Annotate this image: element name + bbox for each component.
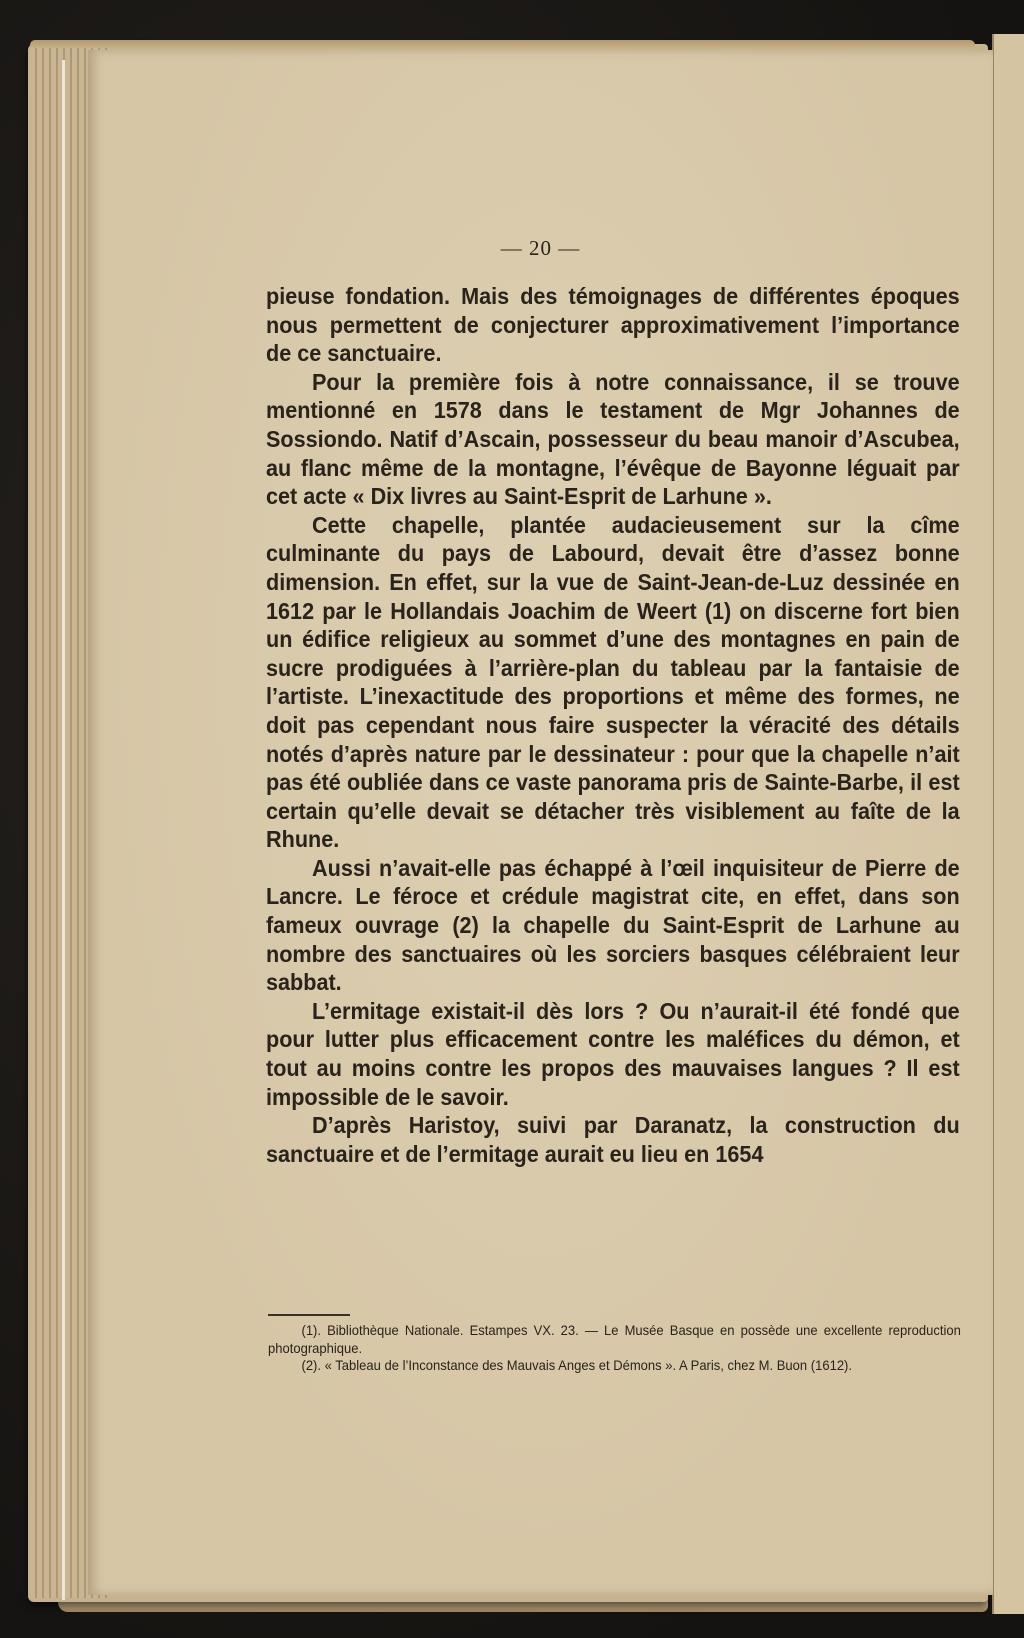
paragraph-2: Pour la première fois à notre connaissan… — [266, 368, 960, 511]
page-edge-highlight — [62, 60, 65, 1600]
paragraph-4: Aussi n’avait-elle pas échappé à l’œil i… — [266, 854, 960, 997]
paragraph-3: Cette chapelle, plantée audacieusement s… — [266, 511, 960, 854]
book-page: — 20 — pieuse fondation. Mais des témoig… — [88, 50, 993, 1595]
facing-page-edge — [992, 34, 1024, 1614]
footnote-separator — [268, 1314, 350, 1316]
paragraph-1: pieuse fondation. Mais des témoignages d… — [266, 282, 960, 368]
footnote-1: (1). Bibliothèque Nationale. Estampes VX… — [268, 1322, 961, 1357]
footnote-2: (2). « Tableau de l’Inconstance des Mauv… — [268, 1357, 961, 1375]
body-text: pieuse fondation. Mais des témoignages d… — [266, 282, 960, 1168]
footnotes: (1). Bibliothèque Nationale. Estampes VX… — [268, 1322, 961, 1375]
paragraph-6: D’après Haristoy, suivi par Daranatz, la… — [266, 1111, 960, 1168]
paragraph-5: L’ermitage existait-il dès lors ? Ou n’a… — [266, 997, 960, 1111]
page-number: — 20 — — [88, 236, 993, 261]
